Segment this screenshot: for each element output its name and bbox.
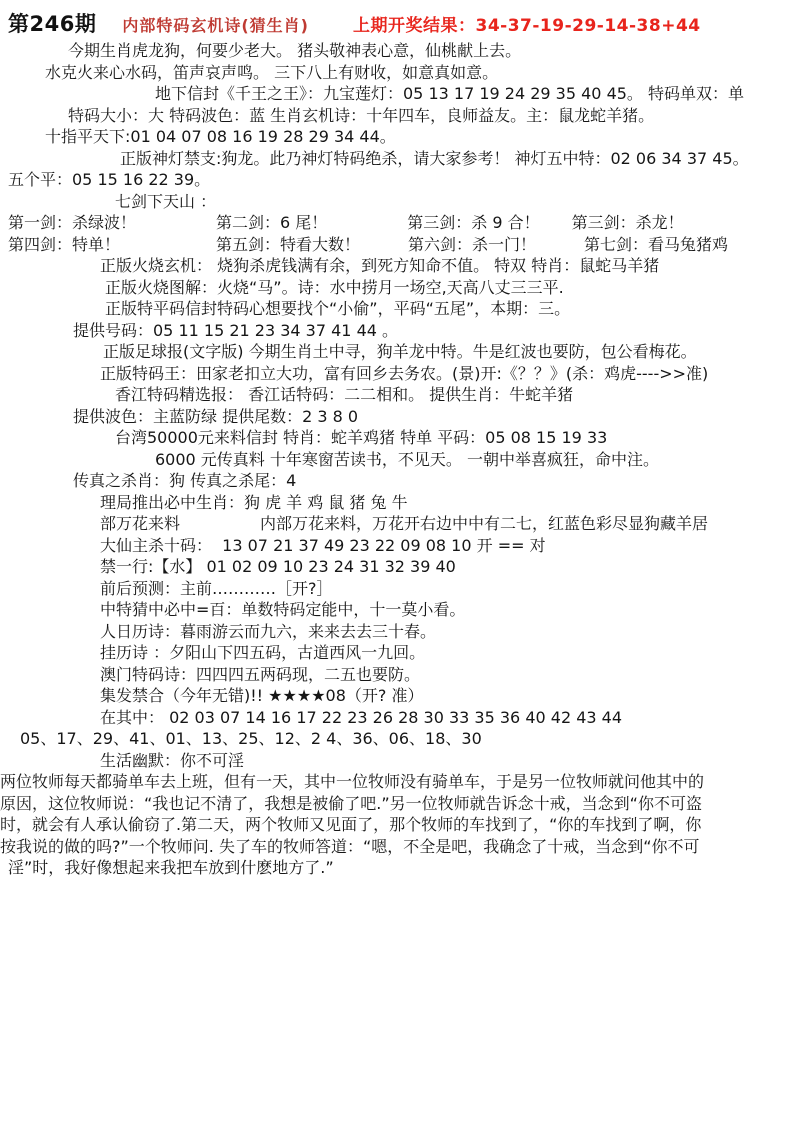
text-line-calendar-poem-1: 人日历诗：暮雨游云而九六，来来去去三十春。 [0,621,793,643]
text-line-jifa-forbidden: 集发禁合（今年无错)!! ★★★★08（开? 准） [0,685,793,707]
text-line-calendar-poem-2: 挂历诗 ：夕阳山下四五码，古道西风一九回。 [0,642,793,664]
previous-draw-result: 上期开奖结果：34-37-19-29-14-38+44 [353,11,701,36]
text-line-ping-envelope: 正版特平码信封特码心想要找个“小偷”，平码“五尾”，本期：三。 [0,298,793,320]
text-line-macau-poem: 澳门特码诗：四四四五两码现，二五也要防。 [0,664,793,686]
text-line-immortal-kill-ten: 大仙主杀十码： 13 07 21 37 49 23 22 09 08 10 开 … [0,535,793,557]
issue-number: 第246期 [8,8,96,38]
page-header: 第246期 内部特码玄机诗(猜生肖) 上期开奖结果：34-37-19-29-14… [0,0,793,40]
text-line-humor-title: 生活幽默：你不可淫 [0,750,793,772]
text-line-wanhua-material: 部万花来料 内部万花来料，万花开右边中中有二七，红蓝色彩尽显狗藏羊居 [0,513,793,535]
text-line-ten-fingers: 十指平天下:01 04 07 08 16 19 28 29 34 44。 [0,126,793,148]
text-line-number-series: 05、17、29、41、01、13、25、12、2 4、36、06、18、30 [0,728,793,750]
text-line-story-5: 淫”时，我好像想起来我把车放到什麽地方了.” [0,857,793,879]
text-line-fire-diagram: 正版火烧图解：火烧“马”。诗：水中捞月一场空,天高八丈三三平. [0,277,793,299]
text-line-lamp-forbidden: 正版神灯禁支:狗龙。此乃神灯特码绝杀，请大家参考！ 神灯五中特：02 06 34… [0,148,793,170]
text-line-fax-material: 6000 元传真料 十年寒窗苦读书，不见天。 一朝中举喜疯狂，命中注。 [0,449,793,471]
page-title: 内部特码玄机诗(猜生肖) [122,13,309,36]
text-line-taiwan-envelope: 台湾50000元来料信封 特肖：蛇羊鸡猪 特单 平码：05 08 15 19 3… [0,427,793,449]
text-line-five-ping: 五个平：05 15 16 22 39。 [0,169,793,191]
text-line-swords-row-2: 第四剑：特单！ 第五剑：特看大数！ 第六剑：杀一门！ 第七剑：看马兔猪鸡 [0,234,793,256]
text-line-special-code-king: 正版特码王：田家老扣立大功，富有回乡去务农。(景)开:《？？》(杀：鸡虎----… [0,363,793,385]
text-line-fax-kill: 传真之杀肖：狗 传真之杀尾：4 [0,470,793,492]
text-line-bureau-zodiac: 理局推出必中生肖：狗 虎 羊 鸡 鼠 猪 兔 牛 [0,492,793,514]
text-line-xiangjiang-report: 香江特码精选报： 香江话特码：二二相和。 提供生肖：牛蛇羊猪 [0,384,793,406]
text-line-story-2: 原因，这位牧师说：“我也记不清了，我想是被偷了吧.”另一位牧师就告诉念十戒，当念… [0,793,793,815]
text-line-zodiac-poem-2: 水克火来心水码，笛声哀声鸣。 三下八上有财收，如意真如意。 [0,62,793,84]
text-line-among-them: 在其中： 02 03 07 14 16 17 22 23 26 28 30 33… [0,707,793,729]
text-line-zodiac-poem-1: 今期生肖虎龙狗，何要少老大。 猪头敬神表心意，仙桃献上去。 [0,40,793,62]
tip-sheet-page: 第246期 内部特码玄机诗(猜生肖) 上期开奖结果：34-37-19-29-14… [0,0,793,1122]
text-line-football-paper: 正版足球报(文字版) 今期生肖土中寻，狗羊龙中特。牛是红波也要防，包公看梅花。 [0,341,793,363]
text-line-story-3: 时，就会有人承认偷窃了.第二天，两个牧师又见面了，那个牧师的车找到了，“你的车找… [0,814,793,836]
text-line-story-1: 两位牧师每天都骑单车去上班，但有一天，其中一位牧师没有骑单车，于是另一位牧师就问… [0,771,793,793]
text-line-story-4: 按我说的做的吗?”一个牧师问. 失了车的牧师答道：“嗯，不全是吧，我确念了十戒，… [0,836,793,858]
text-line-fire-mystery: 正版火烧玄机： 烧狗杀虎钱满有余，到死方知命不值。 特双 特肖：鼠蛇马羊猪 [0,255,793,277]
text-line-swords-row-1: 第一剑：杀绿波！ 第二剑：6 尾！ 第三剑：杀 9 合！ 第三剑：杀龙！ [0,212,793,234]
text-line-size-color: 特码大小：大 特码波色：蓝 生肖玄机诗：十年四车，良师益友。主：鼠龙蛇羊猪。 [0,105,793,127]
text-line-wave-color: 提供波色：主蓝防绿 提供尾数：2 3 8 0 [0,406,793,428]
previous-draw-result-label: 上期开奖结果： [353,16,476,36]
text-line-middle-special: 中特猜中必中=百：单数特码定能中，十一莫小看。 [0,599,793,621]
text-line-provided-numbers: 提供号码：05 11 15 21 23 34 37 41 44 。 [0,320,793,342]
text-line-before-after: 前后预测：主前…………［开?］ [0,578,793,600]
previous-draw-result-numbers: 34-37-19-29-14-38+44 [475,16,700,36]
text-line-underground-envelope: 地下信封《千王之王》：九宝莲灯：05 13 17 19 24 29 35 40 … [0,83,793,105]
text-line-forbidden-row: 禁一行:【水】 01 02 09 10 23 24 31 32 39 40 [0,556,793,578]
text-line-seven-swords-title: 七剑下天山 ： [0,191,793,213]
